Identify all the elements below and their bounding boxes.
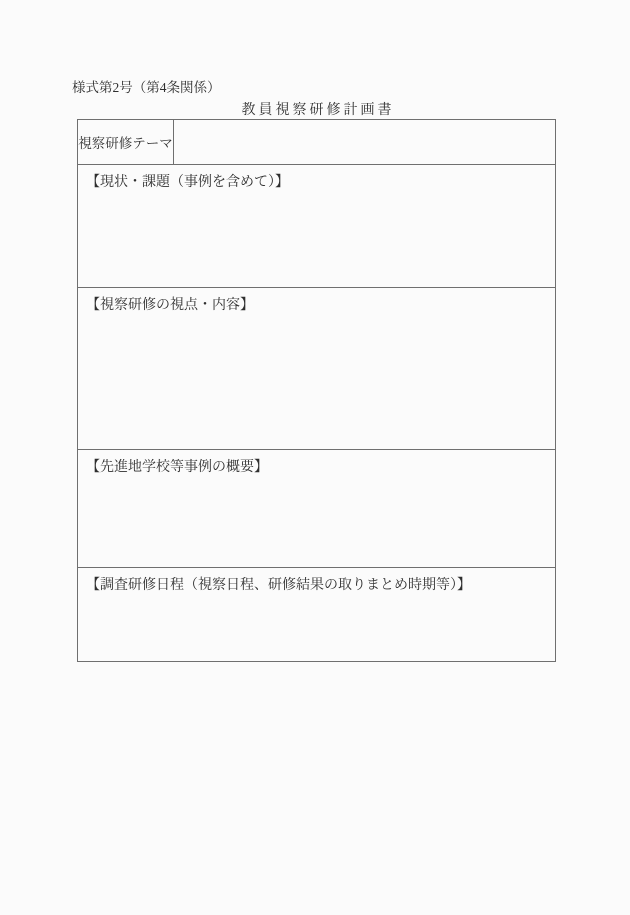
section-content-advanced-examples	[78, 477, 555, 568]
table-row-advanced-examples: 【先進地学校等事例の概要】	[78, 450, 555, 568]
document-page: 様式第2号（第4条関係） 教員視察研修計画書 視察研修テーマ 【現状・課題（事例…	[0, 0, 630, 915]
section-heading-schedule: 【調査研修日程（視察日程、研修結果の取りまとめ時期等）】	[78, 568, 555, 595]
theme-value-cell	[174, 120, 555, 164]
section-content-viewpoint-content	[78, 315, 555, 450]
section-heading-viewpoint-content: 【視察研修の視点・内容】	[78, 288, 555, 315]
table-row-viewpoint-content: 【視察研修の視点・内容】	[78, 288, 555, 450]
section-content-current-issues	[78, 192, 555, 288]
training-plan-table: 視察研修テーマ 【現状・課題（事例を含めて）】 【視察研修の視点・内容】 【先進…	[77, 119, 556, 662]
theme-label-cell: 視察研修テーマ	[78, 120, 174, 164]
table-row-theme: 視察研修テーマ	[78, 120, 555, 165]
table-row-schedule: 【調査研修日程（視察日程、研修結果の取りまとめ時期等）】	[78, 568, 555, 661]
section-heading-advanced-examples: 【先進地学校等事例の概要】	[78, 450, 555, 477]
section-heading-current-issues: 【現状・課題（事例を含めて）】	[78, 165, 555, 192]
document-title: 教員視察研修計画書	[77, 102, 556, 120]
form-number-label: 様式第2号（第4条関係）	[72, 80, 221, 96]
section-content-schedule	[78, 595, 555, 662]
table-row-current-issues: 【現状・課題（事例を含めて）】	[78, 165, 555, 288]
